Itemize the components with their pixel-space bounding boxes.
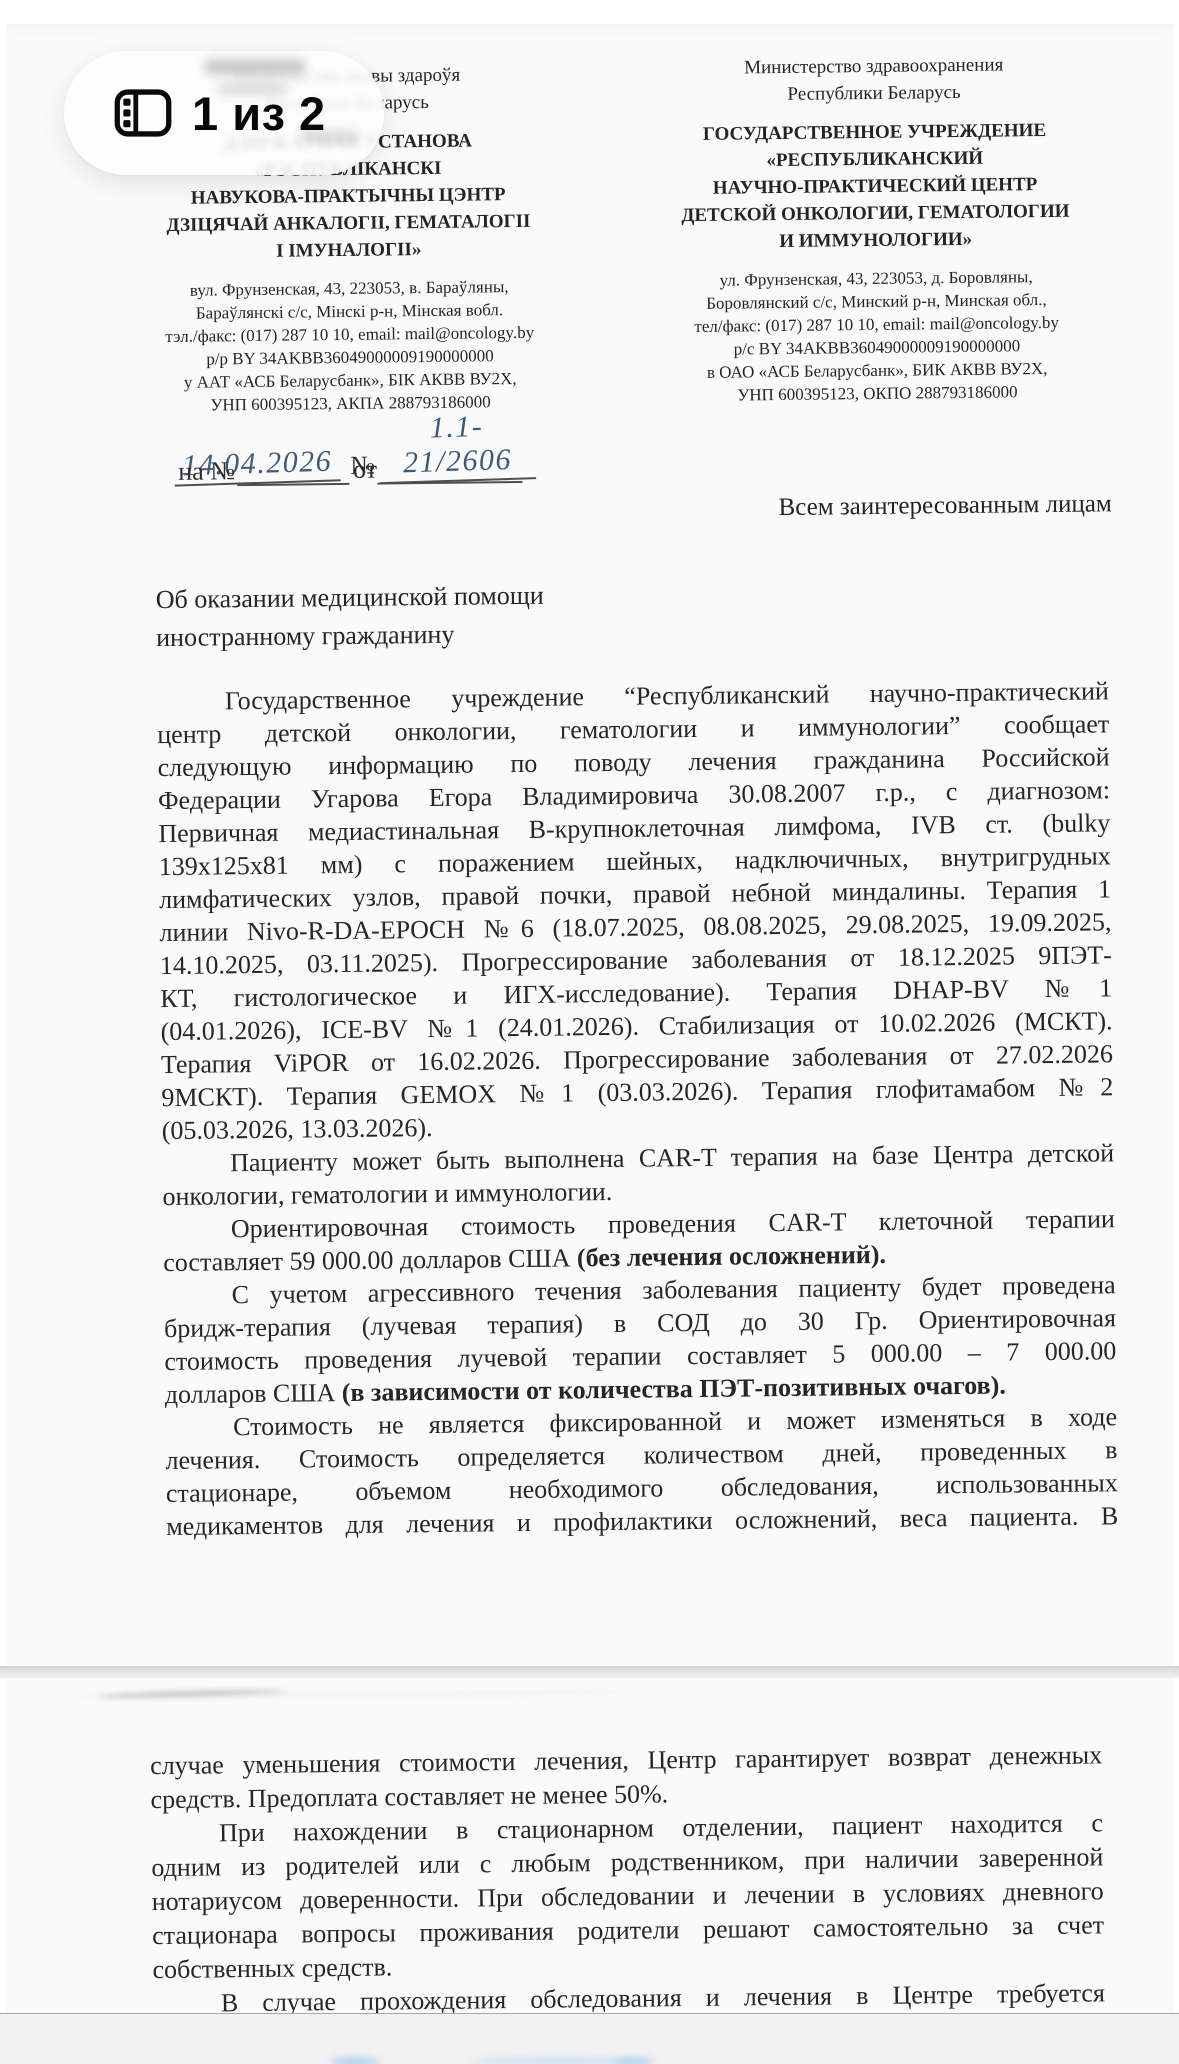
subject-block: Об оказании медицинской помощи иностранн… <box>156 577 545 657</box>
letterhead-line: И ИММУНОЛОГИИ» <box>644 224 1108 256</box>
reply-no-label: на № <box>178 456 235 487</box>
address-line: у ААТ «АСБ Беларусбанк», БІК АКВВ ВУ2Х, <box>133 366 567 394</box>
page-1-body-text: Государственное учреждение “Республиканс… <box>157 674 1119 1543</box>
page-2-scan-content: случае уменьшения стоимости лечения, Цен… <box>1 1672 1172 2020</box>
letterhead-line: ГОСУДАРСТВЕННОЕ УЧРЕЖДЕНИЕ <box>642 116 1106 148</box>
reply-from-label: от <box>353 455 377 485</box>
blurred-text-ghost <box>204 59 306 75</box>
letterhead-russian-column: Министерство здравоохраненияРеспублики Б… <box>642 50 1110 407</box>
address-line: тэл./факс: (017) 287 10 10, email: mail@… <box>133 320 567 348</box>
subject-line-2: иностранному гражданину <box>156 615 544 657</box>
letterhead-line: ДЕТСКОЙ ОНКОЛОГИИ, ГЕМАТОЛОГИИ <box>643 197 1107 229</box>
page-1-scan-content: Міністэрства аховы здароўяРэспублікі Бел… <box>1 18 1179 1673</box>
letterhead-line: ДЗІЦЯЧАЙ АНКАЛОГІІ, ГЕМАТАЛОГІІ <box>131 207 565 239</box>
blurred-text-ghost <box>216 83 288 95</box>
document-page-1: Міністэрства аховы здароўяРэспублікі Бел… <box>6 24 1173 1666</box>
reply-date-blank <box>377 477 522 485</box>
blue-ink-smudge <box>330 2057 380 2064</box>
page-2-body-text: случае уменьшения стоимости лечения, Цен… <box>150 1738 1105 2021</box>
screenshot-bottom-band <box>0 2013 1179 2064</box>
document-page-2: случае уменьшения стоимости лечения, Цен… <box>6 1678 1173 2013</box>
document-viewer: { "colors": { "handwriting_ink": "#3f5a7… <box>0 0 1179 2064</box>
pages-thumbnail-icon <box>114 89 172 137</box>
addressee-line: Всем заинтересованным лицам <box>657 490 1112 523</box>
subject-line-1: Об оказании медицинской помощи <box>156 577 544 619</box>
blurred-text-ghost <box>300 129 358 143</box>
letterhead-line: І ІМУНАЛОГІІ» <box>132 234 566 266</box>
page-indicator-badge[interactable]: 1 из 2 <box>64 51 384 175</box>
incoming-reference-row: на № от <box>178 453 522 487</box>
blue-ink-smudge <box>615 2057 655 2064</box>
reply-number-blank <box>237 479 349 486</box>
letterhead-line: Республики Беларусь <box>642 77 1106 109</box>
